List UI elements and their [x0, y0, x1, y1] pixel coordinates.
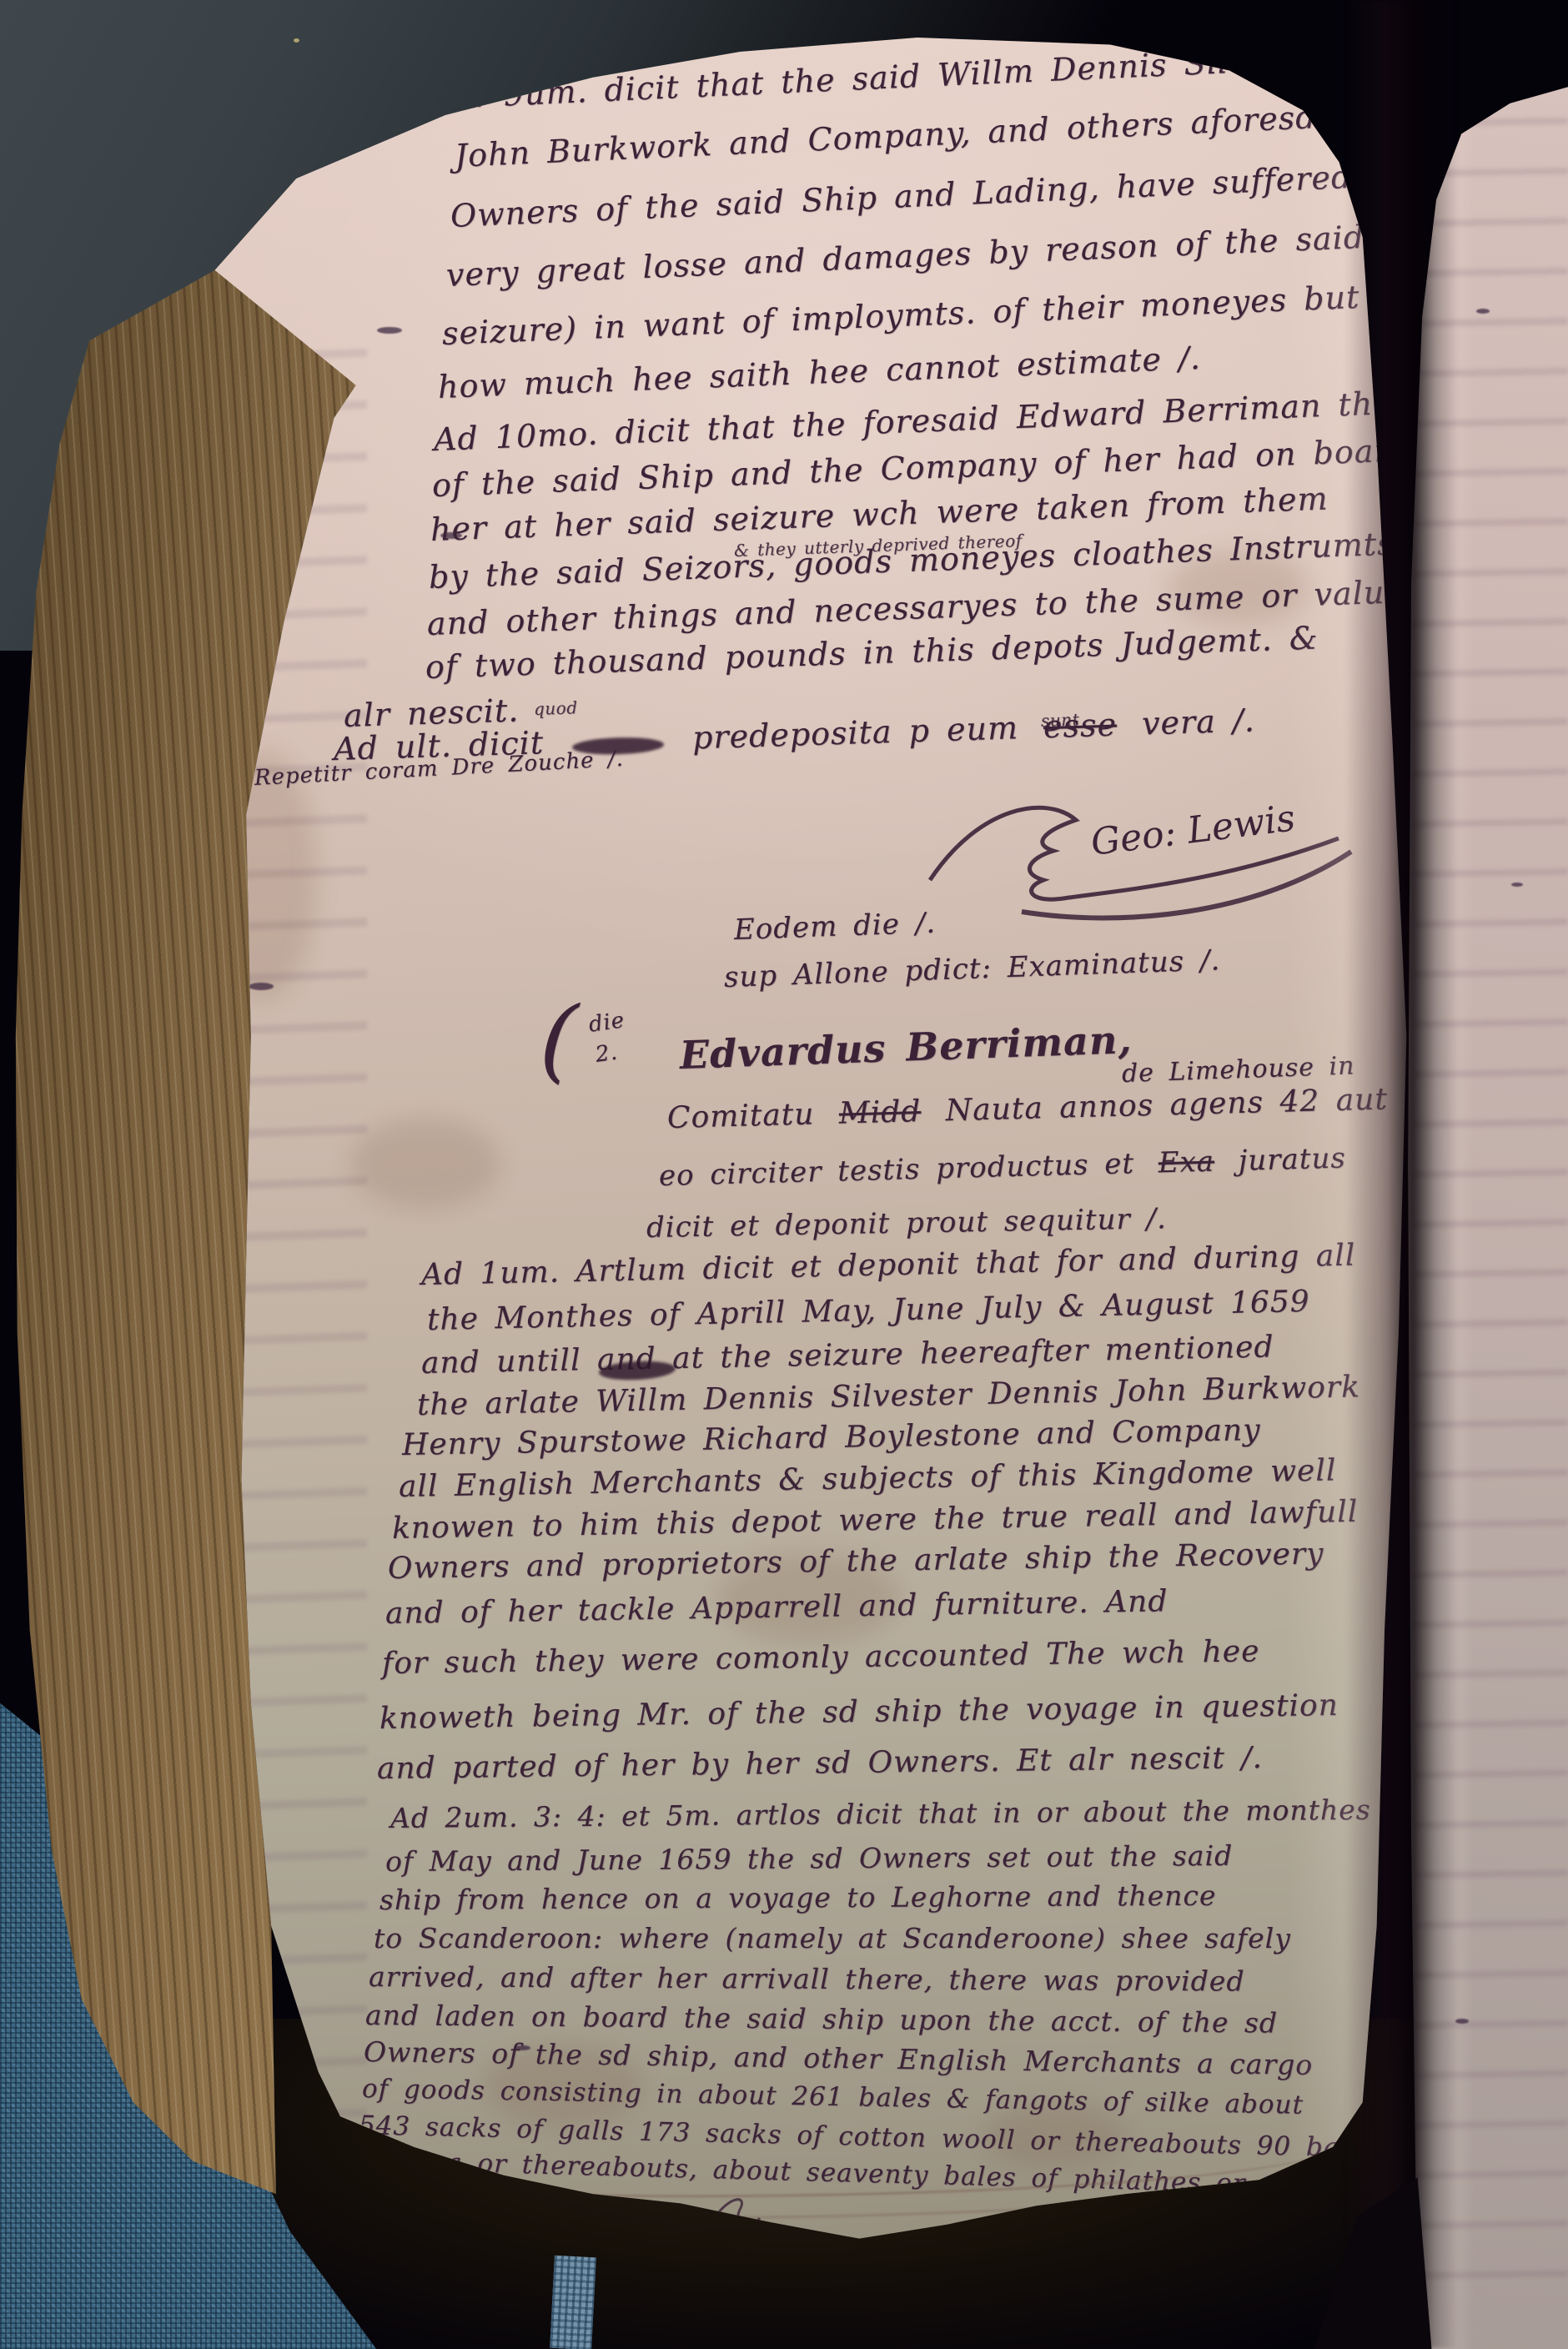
struck-word: Midd: [838, 1094, 922, 1131]
manuscript-line: of May and June 1659 the sd Owners set o…: [385, 1839, 1233, 1878]
book-gutter-shadow: [1344, 0, 1458, 2349]
ink-speck: [515, 2045, 530, 2050]
signature-text: Geo: Lewis: [1088, 797, 1297, 864]
examiner-signature: Geo: Lewis: [905, 772, 1372, 930]
manuscript-line: her at her said seizure wch were taken f…: [430, 480, 1329, 548]
interline-note: & they utterly deprived thereof: [734, 531, 1023, 561]
line-segment: vera /.: [1141, 702, 1255, 742]
manuscript-line: seizure) in want of imploymts. of their …: [441, 279, 1360, 352]
line-segment: Comitatu: [666, 1097, 814, 1135]
manuscript-line: Eodem die /.: [733, 907, 936, 947]
blue-woven-tape: [550, 2256, 596, 2349]
manuscript-line: Comitatu Midd Nauta annos agens 42 aut: [666, 1082, 1388, 1135]
manuscript-line: sup Allone pdict: Examinatus /.: [723, 943, 1221, 994]
photograph-of-open-manuscript-book: Ad 9um. dicit that the said Willm Dennis…: [0, 0, 1568, 2349]
line-segment: juratus: [1238, 1141, 1346, 1177]
manuscript-line: Owners of the said Ship and Lading, have…: [450, 158, 1353, 234]
interline-note: quod: [534, 697, 578, 719]
manuscript-line: Ad 2um. 3: 4: et 5m. artlos dicit that i…: [390, 1793, 1371, 1834]
margin-note-die-number: 2.: [594, 1039, 620, 1067]
ink-speck: [440, 532, 462, 539]
witness-name: Edvardus Berriman,: [679, 1017, 1133, 1078]
signature-flourish: [930, 807, 1339, 899]
struck-word: esse: [1043, 707, 1117, 746]
manuscript-line: arrived, and after her arrivall there, t…: [369, 1960, 1245, 1998]
struck-word: Exa: [1158, 1145, 1214, 1180]
manuscript-line: and laden on board the said ship upon th…: [365, 1999, 1278, 2040]
manuscript-line: for such they were comonly accounted The…: [382, 1634, 1260, 1681]
manuscript-line: alr nescit.: [343, 692, 520, 734]
manuscript-line: and untill and at the seizure heereafter…: [421, 1330, 1274, 1381]
manuscript-line: to Scanderoon: where (namely at Scandero…: [374, 1922, 1291, 1954]
manuscript-line: and parted of her by her sd Owners. Et a…: [377, 1741, 1263, 1786]
manuscript-line: Ad ult. dicit predeposita p eum esse ver…: [333, 702, 1255, 767]
manuscript-line: Henry Spurstowe Richard Boylestone and C…: [402, 1413, 1261, 1462]
manuscript-line: of goods consisting in about 261 bales &…: [362, 2074, 1304, 2120]
manuscript-line: dicit et deponit prout sequitur /.: [646, 1202, 1167, 1245]
ink-blot: [598, 1360, 676, 1382]
margin-note-die: die: [587, 1008, 626, 1038]
ink-speck: [1476, 309, 1490, 314]
dust-speck: [294, 38, 299, 43]
line-segment: predeposita p eum: [691, 709, 1018, 756]
paper-stain: [984, 2102, 1126, 2169]
manuscript-line: the Monthes of Aprill May, June July & A…: [427, 1285, 1310, 1337]
line-segment: Ad ult. dicit: [333, 724, 544, 767]
manuscript-line: Ad 10mo. dicit that the foresaid Edward …: [433, 381, 1466, 458]
manuscript-line: ship from hence on a voyage to Leghorne …: [379, 1879, 1217, 1916]
ink-speck: [249, 983, 274, 990]
ink-speck: [1511, 883, 1523, 887]
paper-stain: [484, 2044, 642, 2127]
line-segment: eo circiter testis productus et: [658, 1147, 1134, 1193]
margin-note-repetit: Repetitr coram Dre Zouche /.: [254, 747, 624, 791]
manuscript-line: Ad 1um. Artlum dicit et deponit that for…: [421, 1239, 1356, 1292]
manuscript-line: very great losse and damages by reason o…: [445, 219, 1365, 294]
manuscript-line: of the said Ship and the Company of her …: [431, 431, 1411, 504]
manuscript-line: knoweth being Mr. of the sd ship the voy…: [379, 1688, 1339, 1736]
manuscript-line: Owners and proprietors of the arlate shi…: [388, 1537, 1324, 1586]
manuscript-line: knowen to him this depot were the true r…: [392, 1495, 1359, 1546]
manuscript-line: by the said Seizors, goods moneyes cloat…: [428, 525, 1405, 596]
manuscript-line: 543 sacks of galls 173 sacks of cotton w…: [359, 2110, 1380, 2164]
line-segment: Nauta annos agens 42 aut: [945, 1082, 1388, 1128]
manuscript-line: eo circiter testis productus et Exa jura…: [658, 1141, 1346, 1193]
manuscript-line: and of her tackle Apparrell and furnitur…: [385, 1584, 1168, 1631]
manuscript-line: Owners of the sd ship, and other English…: [364, 2035, 1314, 2081]
manuscript-line: and other things and necessaryes to the …: [426, 573, 1405, 642]
ink-blot: [572, 737, 665, 756]
paper-stain: [1168, 551, 1309, 626]
manuscript-line: all English Merchants & subjects of this…: [399, 1453, 1337, 1504]
manuscript-line: how much hee saith hee cannot estimate /…: [437, 340, 1201, 405]
interline-note: sunt: [1041, 709, 1080, 731]
manuscript-line: the arlate Willm Dennis Silvester Dennis…: [417, 1370, 1361, 1422]
witness-place: de Limehouse in: [1121, 1051, 1355, 1089]
ink-speck: [377, 327, 402, 334]
manuscript-line: John Burkwork and Company, and others af…: [454, 98, 1317, 174]
paper-stain: [717, 1552, 901, 1643]
manuscript-line: of two thousand pounds in this depots Ju…: [425, 619, 1319, 685]
paper-stain: [350, 1118, 500, 1210]
margin-bracket: (: [537, 984, 581, 1094]
signature-underline: [1022, 852, 1351, 918]
